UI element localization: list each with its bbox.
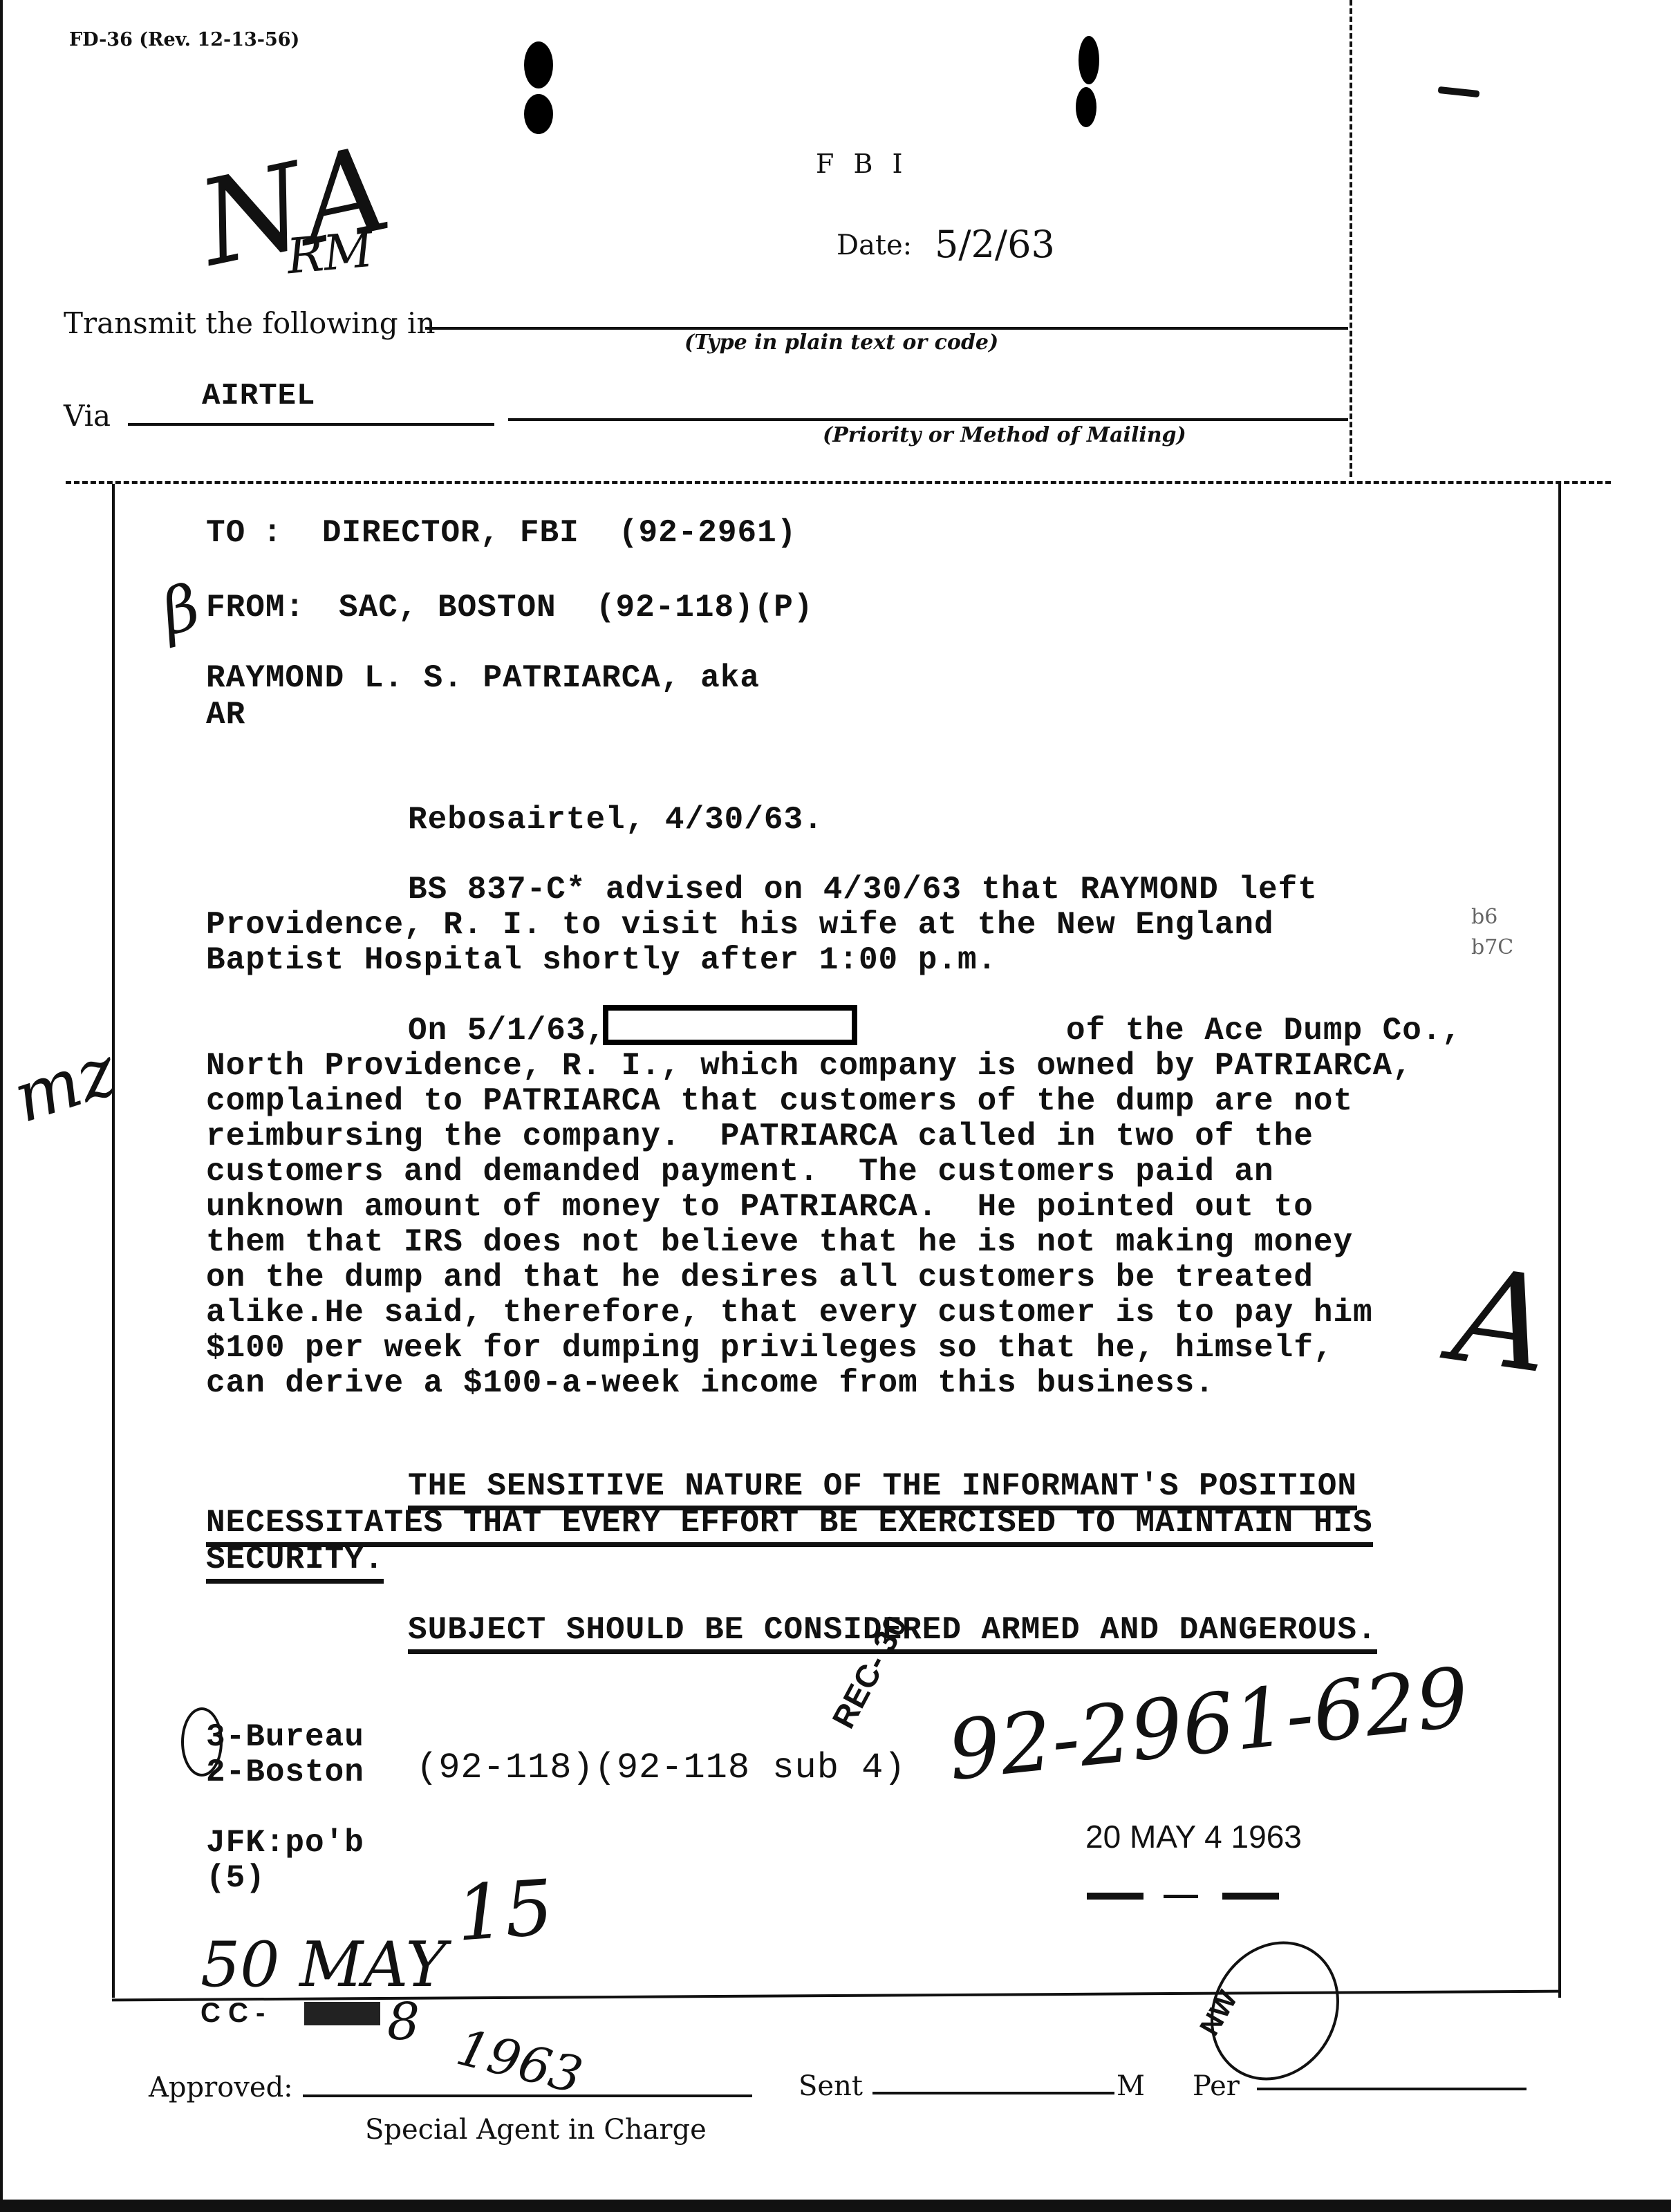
cc-stamp: C C -: [200, 1998, 265, 2029]
para2-after-redaction: of the Ace Dump Co.,: [1066, 1013, 1462, 1049]
warning-line-3: SECURITY.: [206, 1541, 384, 1584]
cc-date-handwritten: 8: [387, 1992, 420, 2052]
para2-line: them that IRS does not believe that he i…: [206, 1225, 1353, 1260]
file-number-handwritten: 92-2961-629: [944, 1649, 1473, 1799]
cut-line-vertical: [1350, 0, 1352, 477]
sent-label: Sent: [799, 2070, 863, 2102]
approved-line: [303, 2094, 752, 2097]
box-right-border: [1558, 484, 1561, 1998]
warning-line-2: NECESSITATES THAT EVERY EFFORT BE EXERCI…: [206, 1505, 1373, 1547]
cut-line-horizontal: [66, 481, 1611, 484]
distribution-boston-files: (92-118)(92-118 sub 4): [416, 1747, 906, 1788]
typist-initials: JFK:po'b: [206, 1826, 364, 1861]
transmit-caption: (Type in plain text or code): [684, 330, 998, 355]
para2-line: unknown amount of money to PATRIARCA. He…: [206, 1190, 1314, 1225]
received-date-stamp: 20 MAY 4 1963: [1085, 1818, 1302, 1855]
per-label: Per: [1193, 2070, 1240, 2102]
date-value: 5/2/63: [935, 223, 1055, 266]
copies-count: (5): [206, 1861, 265, 1896]
to-label: TO: [206, 515, 245, 551]
handwritten-check-mark: β: [153, 570, 207, 650]
para2-line: complained to PATRIARCA that customers o…: [206, 1084, 1353, 1119]
cc-stamp-obscured-text: [304, 2002, 380, 2025]
ink-smudge: [1438, 86, 1480, 97]
handwritten-15: 15: [454, 1863, 557, 1958]
distribution-boston: 2-Boston: [206, 1755, 364, 1790]
to-value: : DIRECTOR, FBI (92-2961): [263, 515, 796, 551]
stamp-dash-1: [1087, 1893, 1143, 1900]
handwritten-initials-top: RM: [285, 221, 375, 285]
exemption-code-b6: b6: [1471, 902, 1497, 932]
stamp-dash-3: [1222, 1893, 1279, 1900]
date-label: Date:: [837, 229, 912, 261]
page-bottom-edge: [0, 2200, 1671, 2212]
approved-label: Approved:: [149, 2072, 293, 2103]
year-handwritten: 1963: [451, 2018, 588, 2105]
para2-start: On 5/1/63,: [408, 1013, 606, 1049]
via-line-right: [508, 418, 1348, 421]
per-line: [1257, 2088, 1527, 2090]
transmit-label: Transmit the following in: [64, 306, 436, 340]
handwritten-a: A: [1445, 1239, 1560, 1403]
box-left-border: [112, 484, 115, 1998]
redaction-box: [603, 1005, 857, 1045]
via-line-left: [128, 423, 494, 426]
para1-line-1: BS 837-C* advised on 4/30/63 that RAYMON…: [408, 872, 1318, 908]
ink-blot-left-lower: [524, 94, 553, 134]
para2-line: $100 per week for dumping privileges so …: [206, 1331, 1333, 1366]
para2-line: alike.He said, therefore, that every cus…: [206, 1295, 1373, 1331]
ink-blot-right-upper: [1079, 36, 1099, 84]
para2-line: on the dump and that he desires all cust…: [206, 1260, 1314, 1295]
sent-suffix: M: [1117, 2070, 1145, 2102]
para1-line-2: Providence, R. I. to visit his wife at t…: [206, 908, 1274, 943]
subject-line-1: RAYMOND L. S. PATRIARCA, aka: [206, 660, 760, 696]
subject-line-2: AR: [206, 697, 245, 733]
para2-line: customers and demanded payment. The cust…: [206, 1154, 1274, 1190]
via-caption: (Priority or Method of Mailing): [823, 423, 1186, 447]
ink-blot-left-upper: [524, 41, 553, 88]
para2-line: North Providence, R. I., which company i…: [206, 1049, 1412, 1084]
fifty-may-stamp: 50 MAY: [200, 1929, 447, 2001]
warning-line-1: THE SENSITIVE NATURE OF THE INFORMANT'S …: [408, 1468, 1357, 1510]
exemption-code-b7c: b7C: [1471, 932, 1513, 963]
handwritten-margin-initials: mz: [4, 1030, 126, 1138]
via-label: Via: [64, 399, 111, 433]
from-label: FROM:: [206, 590, 305, 626]
approved-caption: Special Agent in Charge: [365, 2114, 707, 2146]
via-value: AIRTEL: [202, 379, 315, 413]
agency-title: F B I: [816, 149, 908, 179]
distribution-bureau: 3-Bureau: [206, 1720, 364, 1755]
reference-line: Rebosairtel, 4/30/63.: [408, 802, 823, 838]
stamp-dash-2: [1164, 1895, 1198, 1898]
ink-blot-right-lower: [1076, 87, 1096, 127]
from-value: SAC, BOSTON (92-118)(P): [339, 590, 814, 626]
para1-line-3: Baptist Hospital shortly after 1:00 p.m.: [206, 943, 997, 978]
transmit-line: [425, 327, 1348, 330]
form-number: FD-36 (Rev. 12-13-56): [69, 29, 299, 50]
page-left-edge: [0, 0, 3, 2212]
para2-line: can derive a $100-a-week income from thi…: [206, 1366, 1215, 1401]
para2-line: reimbursing the company. PATRIARCA calle…: [206, 1119, 1314, 1154]
sent-line: [872, 2092, 1114, 2094]
